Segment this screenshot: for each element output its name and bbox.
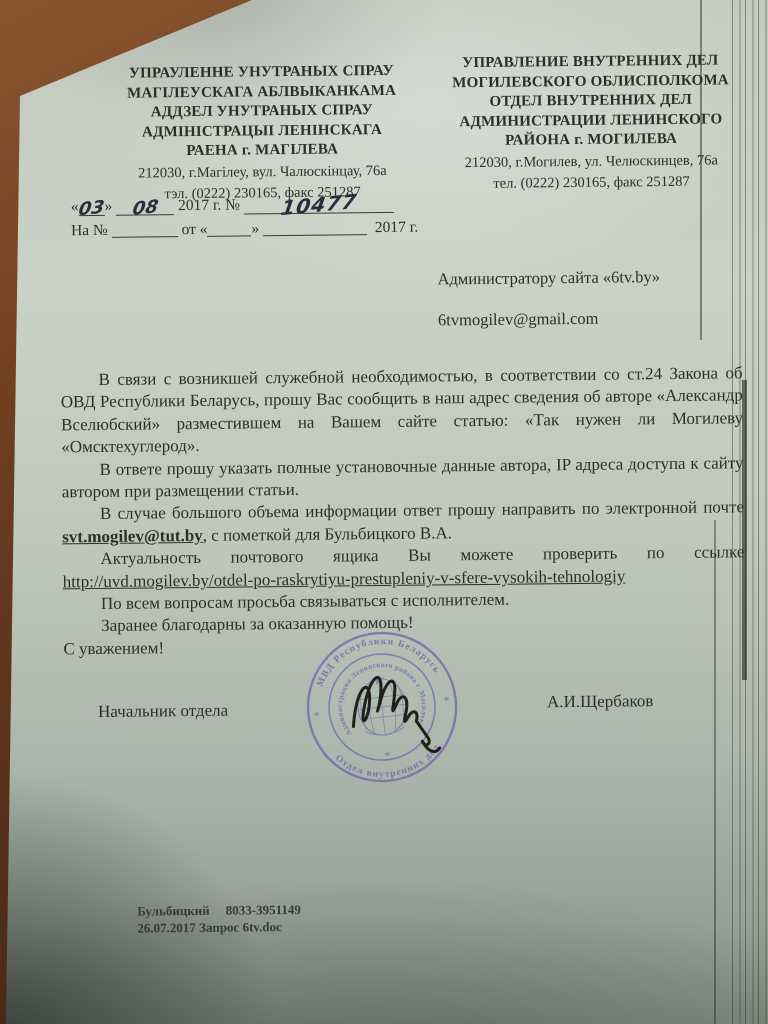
recipient-email: 6tvmogilev@gmail.com: [438, 308, 661, 330]
org-address: 212030, г.Могилев, ул. Челюскинцев, 76а: [432, 151, 750, 173]
handwritten-signature: [329, 644, 461, 795]
reply-label: На №: [71, 222, 108, 239]
handwritten-day: 03: [78, 203, 105, 215]
reply-day-field: [207, 218, 251, 236]
handwritten-number: 10477: [280, 196, 357, 213]
reference-lines: «03» 08 2017 г. № 10477 На № от «» 2017 …: [71, 191, 443, 243]
reply-year-label: 2017 г.: [375, 219, 419, 236]
recipient-block: Администратору сайта «6tv.by» 6tvmogilev…: [437, 267, 660, 330]
executor-phone: 8033-3951149: [226, 902, 301, 918]
org-phone: тел. (0222) 230165, факс 251287: [432, 172, 750, 194]
org-name-line: АДМИНИСТРАЦИИ ЛЕНИНСКОГО: [432, 110, 750, 133]
reply-from-label: от «: [181, 221, 207, 238]
org-name-line: РАЕНА г. МАГІЛЕВА: [88, 139, 436, 162]
month-field: 08: [116, 197, 174, 216]
org-address: 212030, г.Магілеу, вул. Чалюскінцау, 76а: [88, 161, 436, 184]
org-name-line: УПРАВЛЕНИЕ ВНУТРЕННИХ ДЕЛ: [431, 51, 749, 74]
contact-email: svt.mogilev@tut.by: [62, 526, 203, 546]
photo-of-letter: УПРАУЛЕННЕ УНУТРАНЫХ СПРАУ МАГІЛЕУСКАГА …: [0, 0, 768, 1024]
executor-line: Бульбицкий8033-3951149: [137, 901, 301, 920]
org-name-line: МАГІЛЕУСКАГА АБЛВЫКАНКАМА: [88, 81, 436, 104]
executor-footer: Бульбицкий8033-3951149 26.07.2017 Запрос…: [137, 901, 301, 937]
recipient-line: Администратору сайта «6tv.by»: [437, 267, 660, 289]
reply-number-field: [112, 219, 178, 238]
reply-quote-close: »: [251, 220, 259, 237]
letterhead-russian: УПРАВЛЕНИЕ ВНУТРЕННИХ ДЕЛ МОГИЛЕВСКОГО О…: [431, 51, 750, 194]
paragraph-text: В случае большого объема информации отве…: [100, 498, 744, 524]
paragraph-text: Актуальность почтового ящика Вы можете п…: [100, 542, 744, 568]
org-name-line: МОГИЛЕВСКОГО ОБЛИСПОЛКОМА: [431, 71, 749, 94]
year-number-label: 2017 г. №: [178, 196, 240, 214]
signer-title: Начальник отдела: [98, 701, 228, 722]
handwritten-month: 08: [132, 202, 159, 214]
paragraph: В ответе прошу указать полные установочн…: [61, 452, 743, 504]
verification-link: http://uvd.mogilev.by/otdel-po-raskrytiy…: [63, 566, 626, 591]
paragraph: Актуальность почтового ящика Вы можете п…: [62, 541, 744, 593]
paragraph: В связи с возникшей служебной необходимо…: [60, 362, 743, 459]
file-reference: 26.07.2017 Запрос 6tv.doc: [137, 918, 301, 937]
quote-close: »: [104, 198, 112, 215]
paragraph: В случае большого объема информации отве…: [62, 497, 744, 549]
signer-name: А.И.Щербаков: [547, 691, 654, 712]
outgoing-number-field: 10477: [244, 195, 394, 215]
executor-name: Бульбицкий: [137, 903, 210, 919]
letterhead-belarusian: УПРАУЛЕННЕ УНУТРАНЫХ СПРАУ МАГІЛЕУСКАГА …: [87, 61, 436, 204]
org-name-line: РАЙОНА г. МОГИЛЕВА: [432, 129, 750, 152]
stamp-star-left: *: [313, 708, 321, 723]
day-field: 03: [78, 198, 104, 216]
incoming-ref-line: На № от «» 2017 г.: [71, 215, 443, 243]
paragraph-text: , с пометкой для Бульбицкого В.А.: [203, 523, 452, 545]
letter-body: В связи с возникшей служебной необходимо…: [60, 362, 745, 660]
letter-content: УПРАУЛЕННЕ УНУТРАНЫХ СПРАУ МАГІЛЕУСКАГА …: [0, 0, 768, 1024]
